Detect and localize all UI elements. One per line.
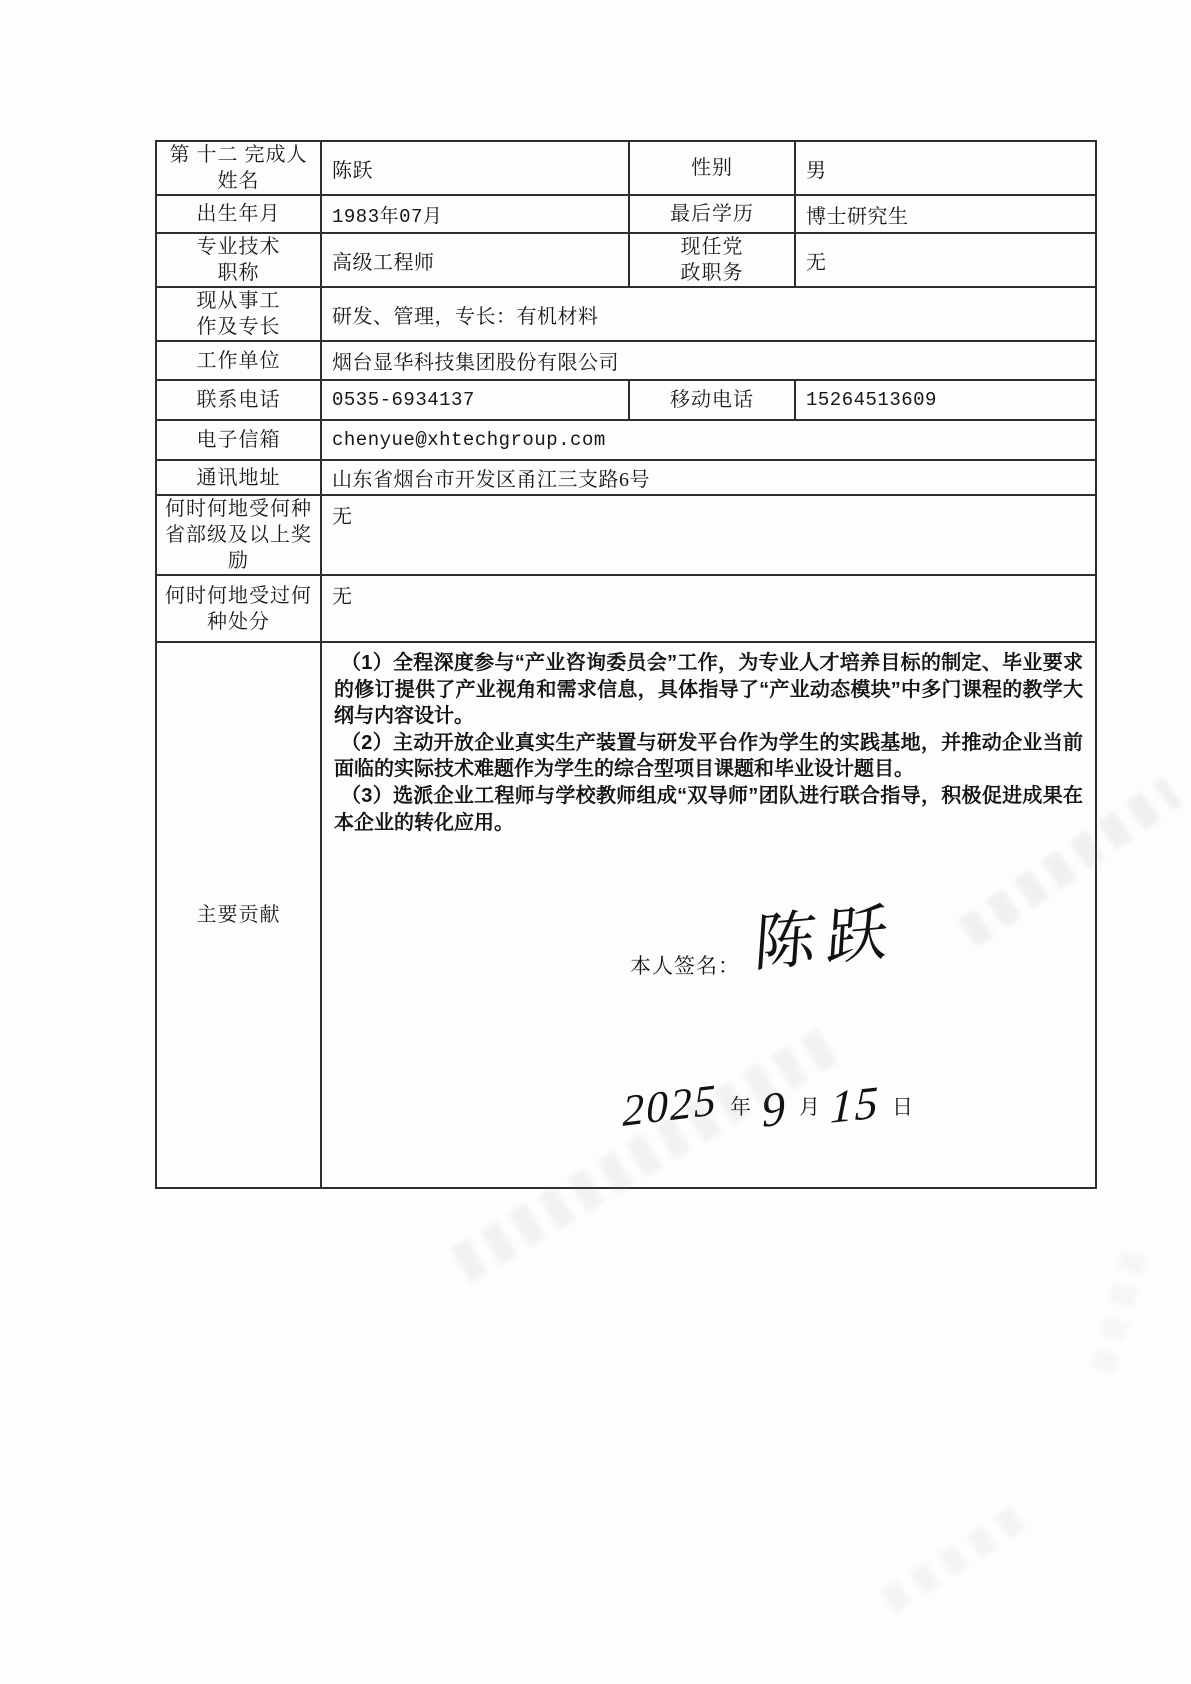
education-value: 博士研究生: [795, 195, 1096, 233]
education-label: 最后学历: [629, 195, 795, 233]
watermark-streak: [880, 1504, 1029, 1615]
table-row: 电子信箱 chenyue@xhtechgroup.com: [156, 420, 1096, 460]
signature-label: 本人签名：: [630, 953, 740, 981]
professional-title-value: 高级工程师: [321, 233, 629, 287]
party-position-value: 无: [795, 233, 1096, 287]
date-month-handwriting: 9: [760, 1084, 788, 1136]
awards-label: 何时何地受何种 省部级及以上奖 励: [156, 495, 321, 575]
date-month-unit: 月: [799, 1094, 820, 1122]
birth-date-value: 1983年07月: [321, 195, 629, 233]
mobile-label: 移动电话: [629, 380, 795, 420]
email-label: 电子信箱: [156, 420, 321, 460]
current-work-label: 现从事工 作及专长: [156, 287, 321, 341]
date-day-unit: 日: [892, 1094, 913, 1122]
phone-value: 0535-6934137: [321, 380, 629, 420]
table-row: 何时何地受过何 种处分 无: [156, 575, 1096, 642]
gender-label: 性别: [629, 141, 795, 195]
awards-value: 无: [321, 495, 1096, 575]
table-row: 第 十二 完成人 姓名 陈跃 性别 男: [156, 141, 1096, 195]
main-contribution-content: （1）全程深度参与“产业咨询委员会”工作，为专业人才培养目标的制定、毕业要求的修…: [334, 650, 1083, 836]
completer-name-label: 第 十二 完成人 姓名: [156, 141, 321, 195]
contribution-paragraph-1: （1）全程深度参与“产业咨询委员会”工作，为专业人才培养目标的制定、毕业要求的修…: [334, 650, 1083, 730]
date-day-handwriting: 15: [829, 1079, 880, 1131]
table-row: 联系电话 0535-6934137 移动电话 15264513609: [156, 380, 1096, 420]
birth-date-label: 出生年月: [156, 195, 321, 233]
table-row: 工作单位 烟台显华科技集团股份有限公司: [156, 341, 1096, 380]
signature-handwriting: 陈跃: [752, 901, 900, 976]
table-row: 通讯地址 山东省烟台市开发区甬江三支路6号: [156, 460, 1096, 495]
punishment-label: 何时何地受过何 种处分: [156, 575, 321, 642]
mailing-address-label: 通讯地址: [156, 460, 321, 495]
gender-value: 男: [795, 141, 1096, 195]
completer-info-table: 第 十二 完成人 姓名 陈跃 性别 男 出生年月 1983年07月 最后学历 博…: [155, 140, 1097, 1189]
main-contribution-cell: （1）全程深度参与“产业咨询委员会”工作，为专业人才培养目标的制定、毕业要求的修…: [321, 642, 1096, 1188]
date-year-unit: 年: [730, 1094, 751, 1122]
punishment-value: 无: [321, 575, 1096, 642]
watermark-streak: [1091, 1242, 1150, 1374]
table-row: 专业技术 职称 高级工程师 现任党 政职务 无: [156, 233, 1096, 287]
current-work-value: 研发、管理，专长：有机材料: [321, 287, 1096, 341]
signature-date: 2025 年 9 月 15 日: [622, 1080, 923, 1128]
main-contribution-label: 主要贡献: [156, 642, 321, 1188]
table-row: 现从事工 作及专长 研发、管理，专长：有机材料: [156, 287, 1096, 341]
contribution-paragraph-3: （3）选派企业工程师与学校教师组成“双导师”团队进行联合指导，积极促进成果在本企…: [334, 783, 1083, 836]
employer-value: 烟台显华科技集团股份有限公司: [321, 341, 1096, 380]
professional-title-label: 专业技术 职称: [156, 233, 321, 287]
completer-name-value: 陈跃: [321, 141, 629, 195]
party-position-label: 现任党 政职务: [629, 233, 795, 287]
email-value: chenyue@xhtechgroup.com: [321, 420, 1096, 460]
employer-label: 工作单位: [156, 341, 321, 380]
table-row: 何时何地受何种 省部级及以上奖 励 无: [156, 495, 1096, 575]
scanned-form-page: 第 十二 完成人 姓名 陈跃 性别 男 出生年月 1983年07月 最后学历 博…: [0, 0, 1191, 1684]
mailing-address-value: 山东省烟台市开发区甬江三支路6号: [321, 460, 1096, 495]
date-year-handwriting: 2025: [622, 1078, 718, 1134]
mobile-value: 15264513609: [795, 380, 1096, 420]
table-row: 出生年月 1983年07月 最后学历 博士研究生: [156, 195, 1096, 233]
phone-label: 联系电话: [156, 380, 321, 420]
contribution-paragraph-2: （2）主动开放企业真实生产装置与研发平台作为学生的实践基地，并推动企业当前面临的…: [334, 730, 1083, 783]
table-row: 主要贡献 （1）全程深度参与“产业咨询委员会”工作，为专业人才培养目标的制定、毕…: [156, 642, 1096, 1188]
